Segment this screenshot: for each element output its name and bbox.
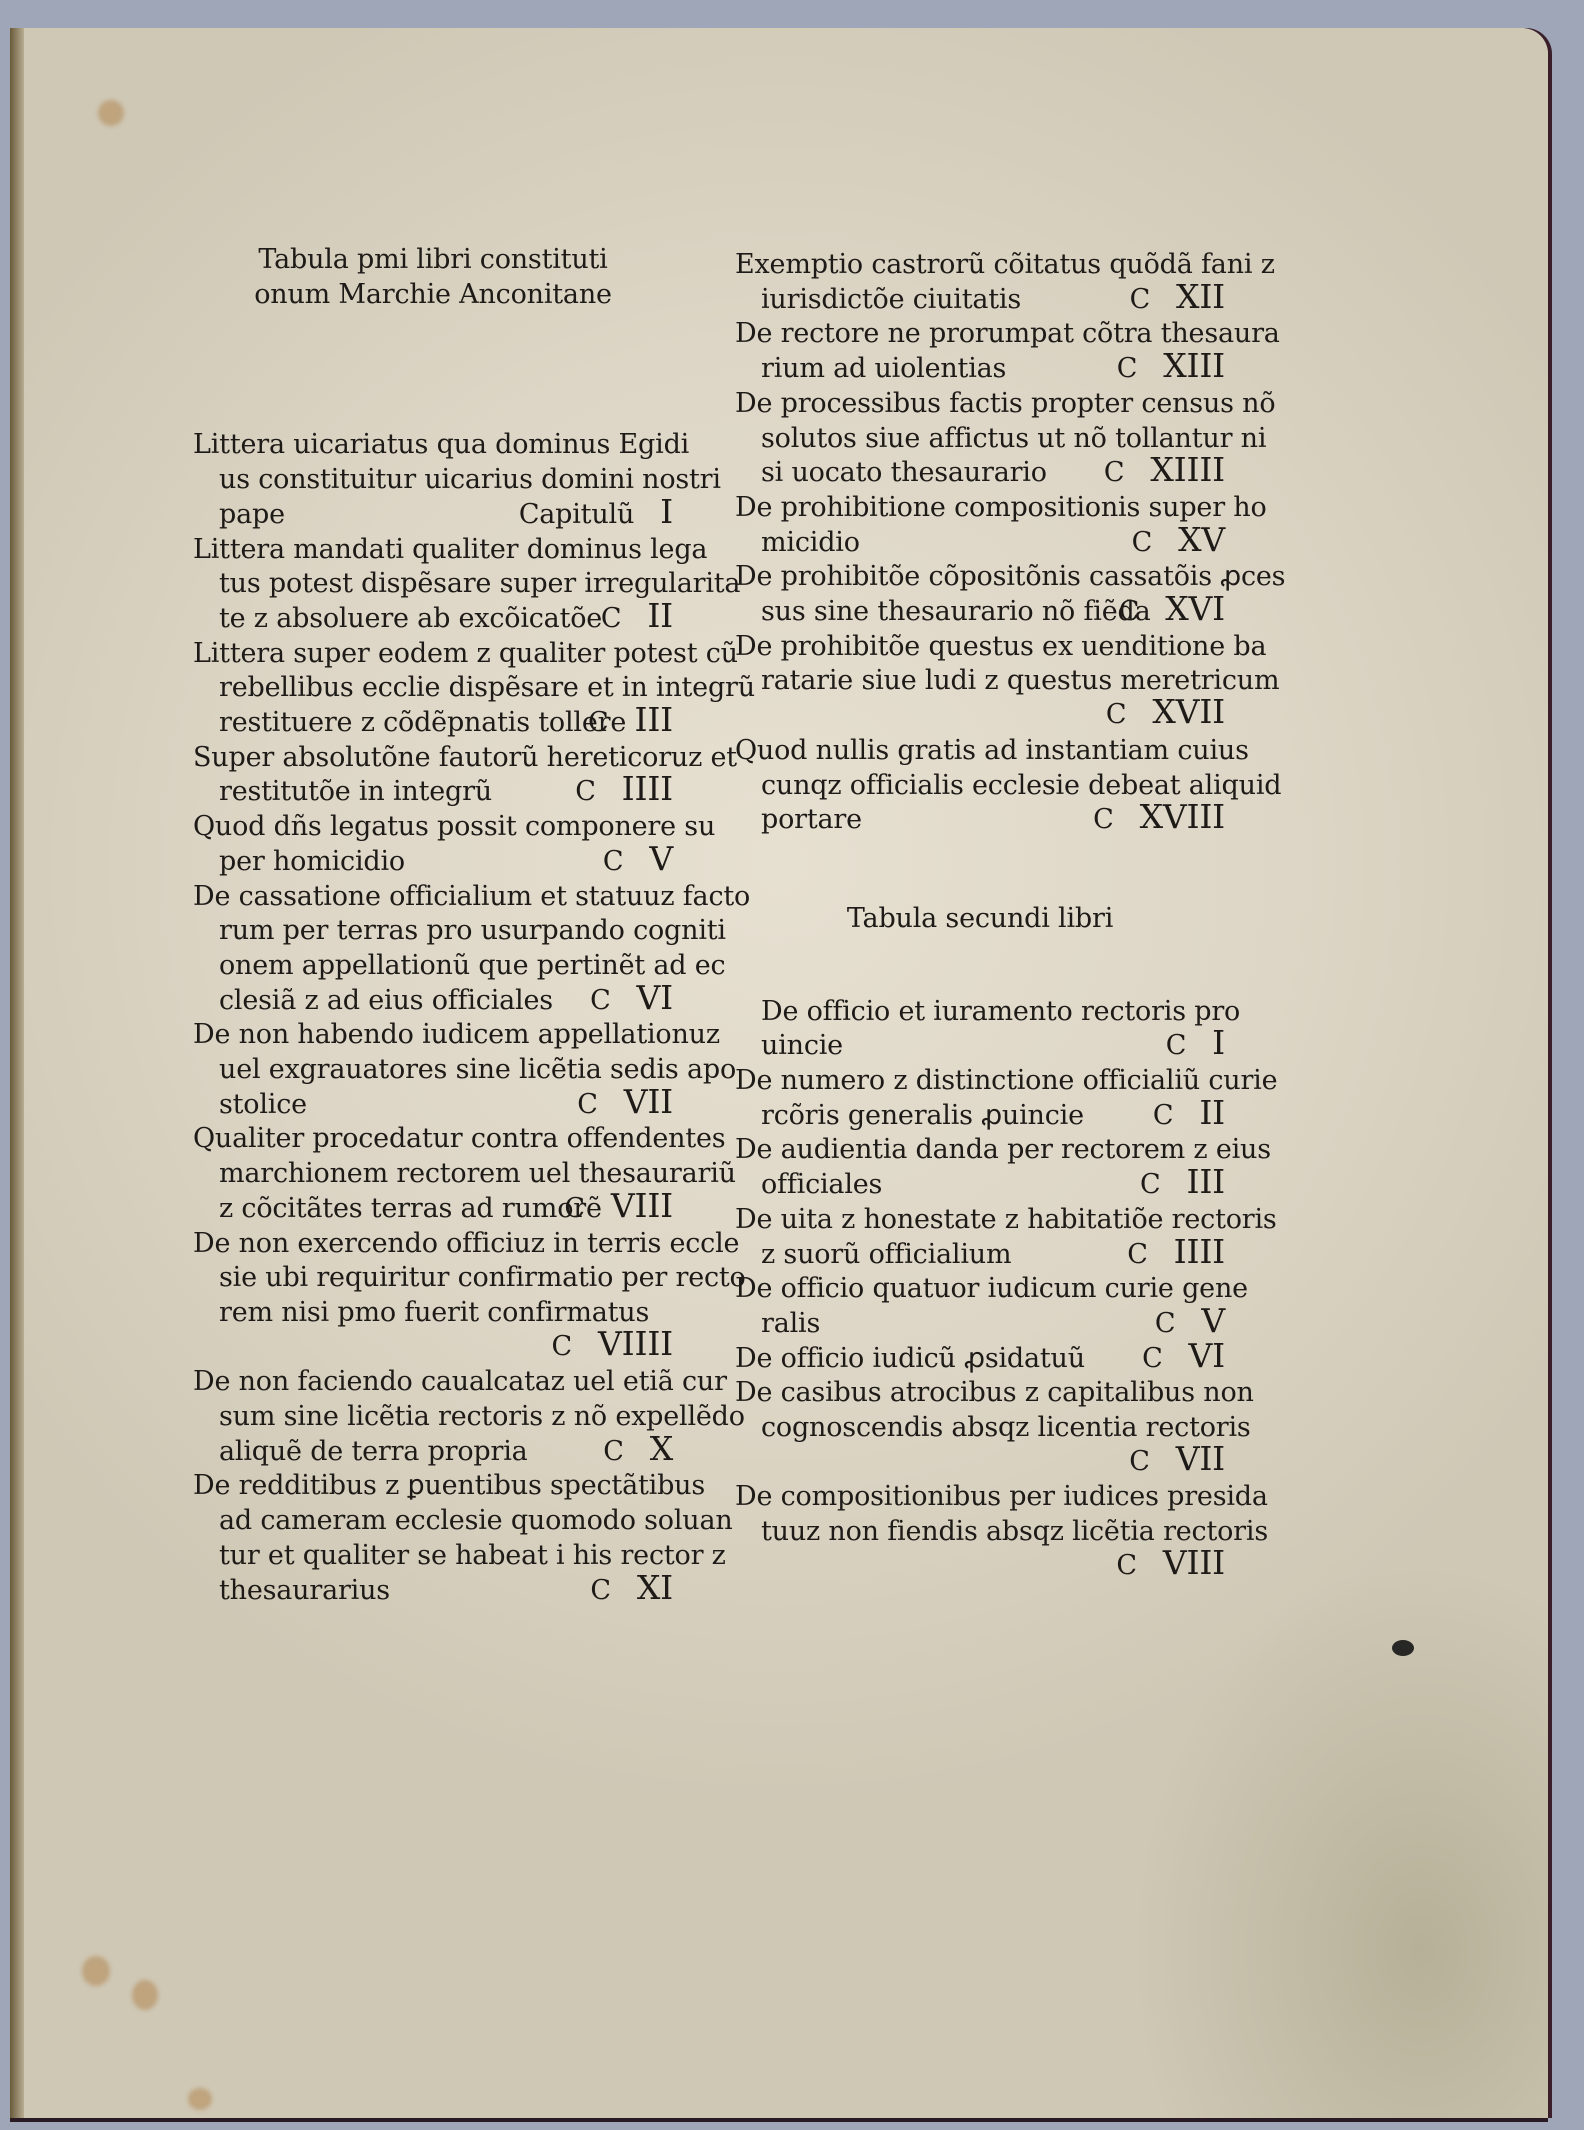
toc-entry: Quod dñs legatus possit componere super … [193,810,673,879]
chapter-number: VII [1176,1439,1225,1478]
chapter-number: XI [637,1568,673,1607]
entry-text-line: per homicidio [193,845,673,880]
entry-text-line: De non faciendo caualcataz uel etiã cur [193,1365,673,1400]
chapter-reference: CXII [1130,280,1225,318]
chapter-number: XII [1176,277,1225,316]
entry-text-line: Littera super eodem z qualiter potest cũ [193,637,673,672]
entry-text-line: marchionem rectorem uel thesaurariũ [193,1157,673,1192]
chapter-label: C [1153,1100,1173,1131]
entry-text-line: rcõris generalis ꝓuincie [735,1099,1225,1134]
chapter-label: C [1132,527,1152,558]
chapter-number: VIII [611,1186,673,1225]
chapter-reference: CVIIII [552,1327,673,1365]
chapter-number: I [660,492,673,531]
chapter-label: Capitulũ [519,499,634,530]
chapter-label: C [603,1436,623,1467]
chapter-label: C [1117,353,1137,384]
chapter-reference: CIIII [1127,1235,1225,1273]
chapter-label: C [552,1331,572,1362]
chapter-reference: CX [603,1432,673,1470]
chapter-reference: CXVII [1106,695,1225,733]
foxing-stain [188,2088,212,2110]
entry-text-line: Super absolutõne fautorũ hereticoruz et [193,741,673,776]
chapter-reference: CXV [1132,523,1225,561]
scanned-page: Tabula pmi libri constituti onum Marchie… [10,28,1548,2118]
book-one-entries: Littera uicariatus qua dominus Egidius c… [193,428,673,1608]
chapter-reference: CVIII [564,1189,673,1227]
entry-text-line: rum per terras pro usurpando cogniti [193,914,673,949]
entry-text-line: De cassatione officialium et statuuz fac… [193,880,673,915]
chapter-reference: CXIIII [1104,453,1225,491]
chapter-reference: CXVI [1119,592,1225,630]
toc-entry: Littera uicariatus qua dominus Egidius c… [193,428,673,532]
chapter-label: C [1119,596,1139,627]
entry-text-line: Quod nullis gratis ad instantiam cuius [735,734,1225,769]
entry-text-line: tuuz non fiendis absqz licẽtia rectoris [735,1515,1225,1550]
chapter-reference: CII [1153,1096,1225,1134]
entry-text-line: De officio et iuramento rectoris pro [735,995,1225,1030]
chapter-label: C [590,985,610,1016]
entry-text-line: De redditibus z ꝑuentibus spectãtibus [193,1469,673,1504]
chapter-number: II [647,596,673,635]
toc-entry: Littera mandati qualiter dominus legatus… [193,533,673,637]
chapter-reference: CXVIII [1093,800,1225,838]
chapter-reference: CXI [590,1571,673,1609]
toc-entry: De rectore ne prorumpat cõtra thesaurari… [735,317,1225,386]
chapter-number: I [1212,1023,1225,1062]
entry-text-line: ad cameram ecclesie quomodo soluan [193,1504,673,1539]
toc-entry: De processibus factis propter census nõs… [735,387,1225,491]
book-one-heading: Tabula pmi libri constituti onum Marchie… [193,243,673,312]
toc-entry: De prohibitione compositionis super homi… [735,491,1225,560]
toc-entry: De prohibitõe cõpositõnis cassatõis ꝓces… [735,560,1225,629]
chapter-number: III [1186,1162,1225,1201]
toc-entry: Qualiter procedatur contra offendentesma… [193,1122,673,1226]
chapter-reference: CXIII [1117,349,1225,387]
toc-entry: De numero z distinctione officialiũ curi… [735,1064,1225,1133]
chapter-label: C [575,776,595,807]
chapter-number: X [650,1429,673,1468]
entry-text-line: De prohibitõe questus ex uenditione ba [735,630,1225,665]
chapter-label: C [601,603,621,634]
chapter-label: C [577,1089,597,1120]
chapter-reference: CIII [588,703,673,741]
chapter-label: C [1116,1550,1136,1581]
toc-entry: Quod nullis gratis ad instantiam cuiuscu… [735,734,1225,838]
heading-line: onum Marchie Anconitane [193,278,673,313]
chapter-label: C [1127,1239,1147,1270]
chapter-label: C [1166,1030,1186,1061]
chapter-reference: CIII [1140,1165,1225,1203]
chapter-label: C [1104,457,1124,488]
entry-text-line: Littera uicariatus qua dominus Egidi [193,428,673,463]
entry-text-line: De processibus factis propter census nõ [735,387,1225,422]
left-column: Tabula pmi libri constituti onum Marchie… [193,243,673,1608]
chapter-number: III [634,700,673,739]
chapter-reference: CI [1166,1026,1225,1064]
chapter-number: VII [624,1082,673,1121]
entry-text-line: tur et qualiter se habeat i his rector z [193,1539,673,1574]
right-column: Exemptio castrorũ cõitatus quõdã fani zi… [735,248,1225,1585]
chapter-number: IIII [1174,1232,1225,1271]
chapter-number: IIII [622,769,673,808]
chapter-label: C [1129,1446,1149,1477]
chapter-number: II [1199,1093,1225,1132]
entry-text-line: De prohibitione compositionis super ho [735,491,1225,526]
toc-entry: Littera super eodem z qualiter potest cũ… [193,637,673,741]
toc-entry: De officio quatuor iudicum curie general… [735,1272,1225,1341]
entry-text-line: De officio quatuor iudicum curie gene [735,1272,1225,1307]
chapter-label: C [1155,1308,1175,1339]
entry-text-line: De compositionibus per iudices presida [735,1480,1225,1515]
chapter-reference: CII [601,599,673,637]
book-two-heading: Tabula secundi libri [735,902,1225,937]
heading-line: Tabula pmi libri constituti [193,243,673,278]
page-shading [1128,1558,1548,2118]
entry-text-line: uincie [735,1029,1225,1064]
entry-text-line: De casibus atrocibus z capitalibus non [735,1376,1225,1411]
entry-text-line: De uita z honestate z habitatiõe rectori… [735,1203,1225,1238]
chapter-number: V [649,839,673,878]
book-two-entries: De officio et iuramento rectoris prouinc… [735,995,1225,1585]
entry-text-line: De numero z distinctione officialiũ curi… [735,1064,1225,1099]
chapter-label: C [603,846,623,877]
entry-text-line: De non exercendo officiuz in terris eccl… [193,1227,673,1262]
chapter-reference: CVII [1129,1442,1225,1480]
toc-entry: De non exercendo officiuz in terris eccl… [193,1227,673,1366]
entry-text-line: De audientia danda per rectorem z eius [735,1133,1225,1168]
chapter-number: XVI [1165,589,1225,628]
entry-text-line: Qualiter procedatur contra offendentes [193,1122,673,1157]
chapter-number: XIII [1163,346,1225,385]
entry-text-line: rebellibus ecclie dispẽsare et in integr… [193,671,673,706]
foxing-stain [82,1956,110,1986]
book-one-entries-continued: Exemptio castrorũ cõitatus quõdã fani zi… [735,248,1225,838]
binding-gutter [10,28,24,2118]
chapter-label: C [590,1575,610,1606]
toc-entry: De casibus atrocibus z capitalibus nonco… [735,1376,1225,1480]
chapter-reference: CVI [1142,1339,1225,1377]
chapter-reference: CVIII [1116,1546,1225,1584]
toc-entry: De compositionibus per iudices presidatu… [735,1480,1225,1584]
chapter-number: VI [637,978,673,1017]
entry-text-line: Littera mandati qualiter dominus lega [193,533,673,568]
reference-line: CVIII [735,1550,1225,1585]
entry-text-line: us constituitur uicarius domini nostri [193,463,673,498]
chapter-label: C [1093,804,1113,835]
entry-text-line: tus potest dispẽsare super irregularita [193,567,673,602]
toc-entry: De cassatione officialium et statuuz fac… [193,880,673,1019]
toc-entry: De prohibitõe questus ex uenditione bara… [735,630,1225,734]
chapter-number: XIIII [1150,450,1225,489]
entry-text-line: De non habendo iudicem appellationuz [193,1018,673,1053]
chapter-label: C [564,1193,584,1224]
foxing-stain [98,100,124,126]
entry-text-line: Exemptio castrorũ cõitatus quõdã fani z [735,248,1225,283]
chapter-reference: CV [603,842,673,880]
chapter-number: XVIII [1140,797,1225,836]
toc-entry: De non habendo iudicem appellationuzuel … [193,1018,673,1122]
chapter-number: VIII [1163,1543,1225,1582]
entry-text-line: uel exgrauatores sine licẽtia sedis apo [193,1053,673,1088]
entry-text-line: sum sine licẽtia rectoris z nõ expellẽdo [193,1400,673,1435]
chapter-label: C [588,707,608,738]
entry-text-line: onem appellationũ que pertinẽt ad ec [193,949,673,984]
chapter-label: C [1130,284,1150,315]
toc-entry: De officio et iuramento rectoris prouinc… [735,995,1225,1064]
chapter-label: C [1142,1343,1162,1374]
chapter-reference: CapitulũI [519,495,673,533]
entry-text-line: Quod dñs legatus possit componere su [193,810,673,845]
chapter-number: VI [1189,1336,1225,1375]
entry-text-line: cognoscendis absqz licentia rectoris [735,1411,1225,1446]
chapter-number: VIIII [598,1324,673,1363]
chapter-number: XV [1178,520,1225,559]
entry-text-line: aliquẽ de terra propria [193,1435,673,1470]
reference-line: CXVII [735,699,1225,734]
chapter-reference: CVII [577,1085,673,1123]
foxing-stain [132,1980,158,2010]
toc-entry: De non faciendo caualcataz uel etiã curs… [193,1365,673,1469]
toc-entry: De uita z honestate z habitatiõe rectori… [735,1203,1225,1272]
chapter-label: C [1106,699,1126,730]
reference-line: CVII [735,1446,1225,1481]
entry-text-line: ralis [735,1307,1225,1342]
chapter-number: V [1201,1301,1225,1340]
chapter-number: XVII [1152,692,1225,731]
reference-line: CVIIII [193,1331,673,1366]
entry-text-line: De prohibitõe cõpositõnis cassatõis ꝓces [735,560,1225,595]
chapter-reference: CIIII [575,772,673,810]
entry-text-line: De rectore ne prorumpat cõtra thesaura [735,317,1225,352]
toc-entry: De officio iudicũ ꝓsidatuũCVI [735,1342,1225,1377]
toc-entry: De audientia danda per rectorem z eiusof… [735,1133,1225,1202]
chapter-label: C [1140,1169,1160,1200]
toc-entry: Super absolutõne fautorũ hereticoruz etr… [193,741,673,810]
toc-entry: Exemptio castrorũ cõitatus quõdã fani zi… [735,248,1225,317]
toc-entry: De redditibus z ꝑuentibus spectãtibusad … [193,1469,673,1608]
entry-text-line: sie ubi requiritur confirmatio per recto [193,1261,673,1296]
chapter-reference: CVI [590,981,673,1019]
